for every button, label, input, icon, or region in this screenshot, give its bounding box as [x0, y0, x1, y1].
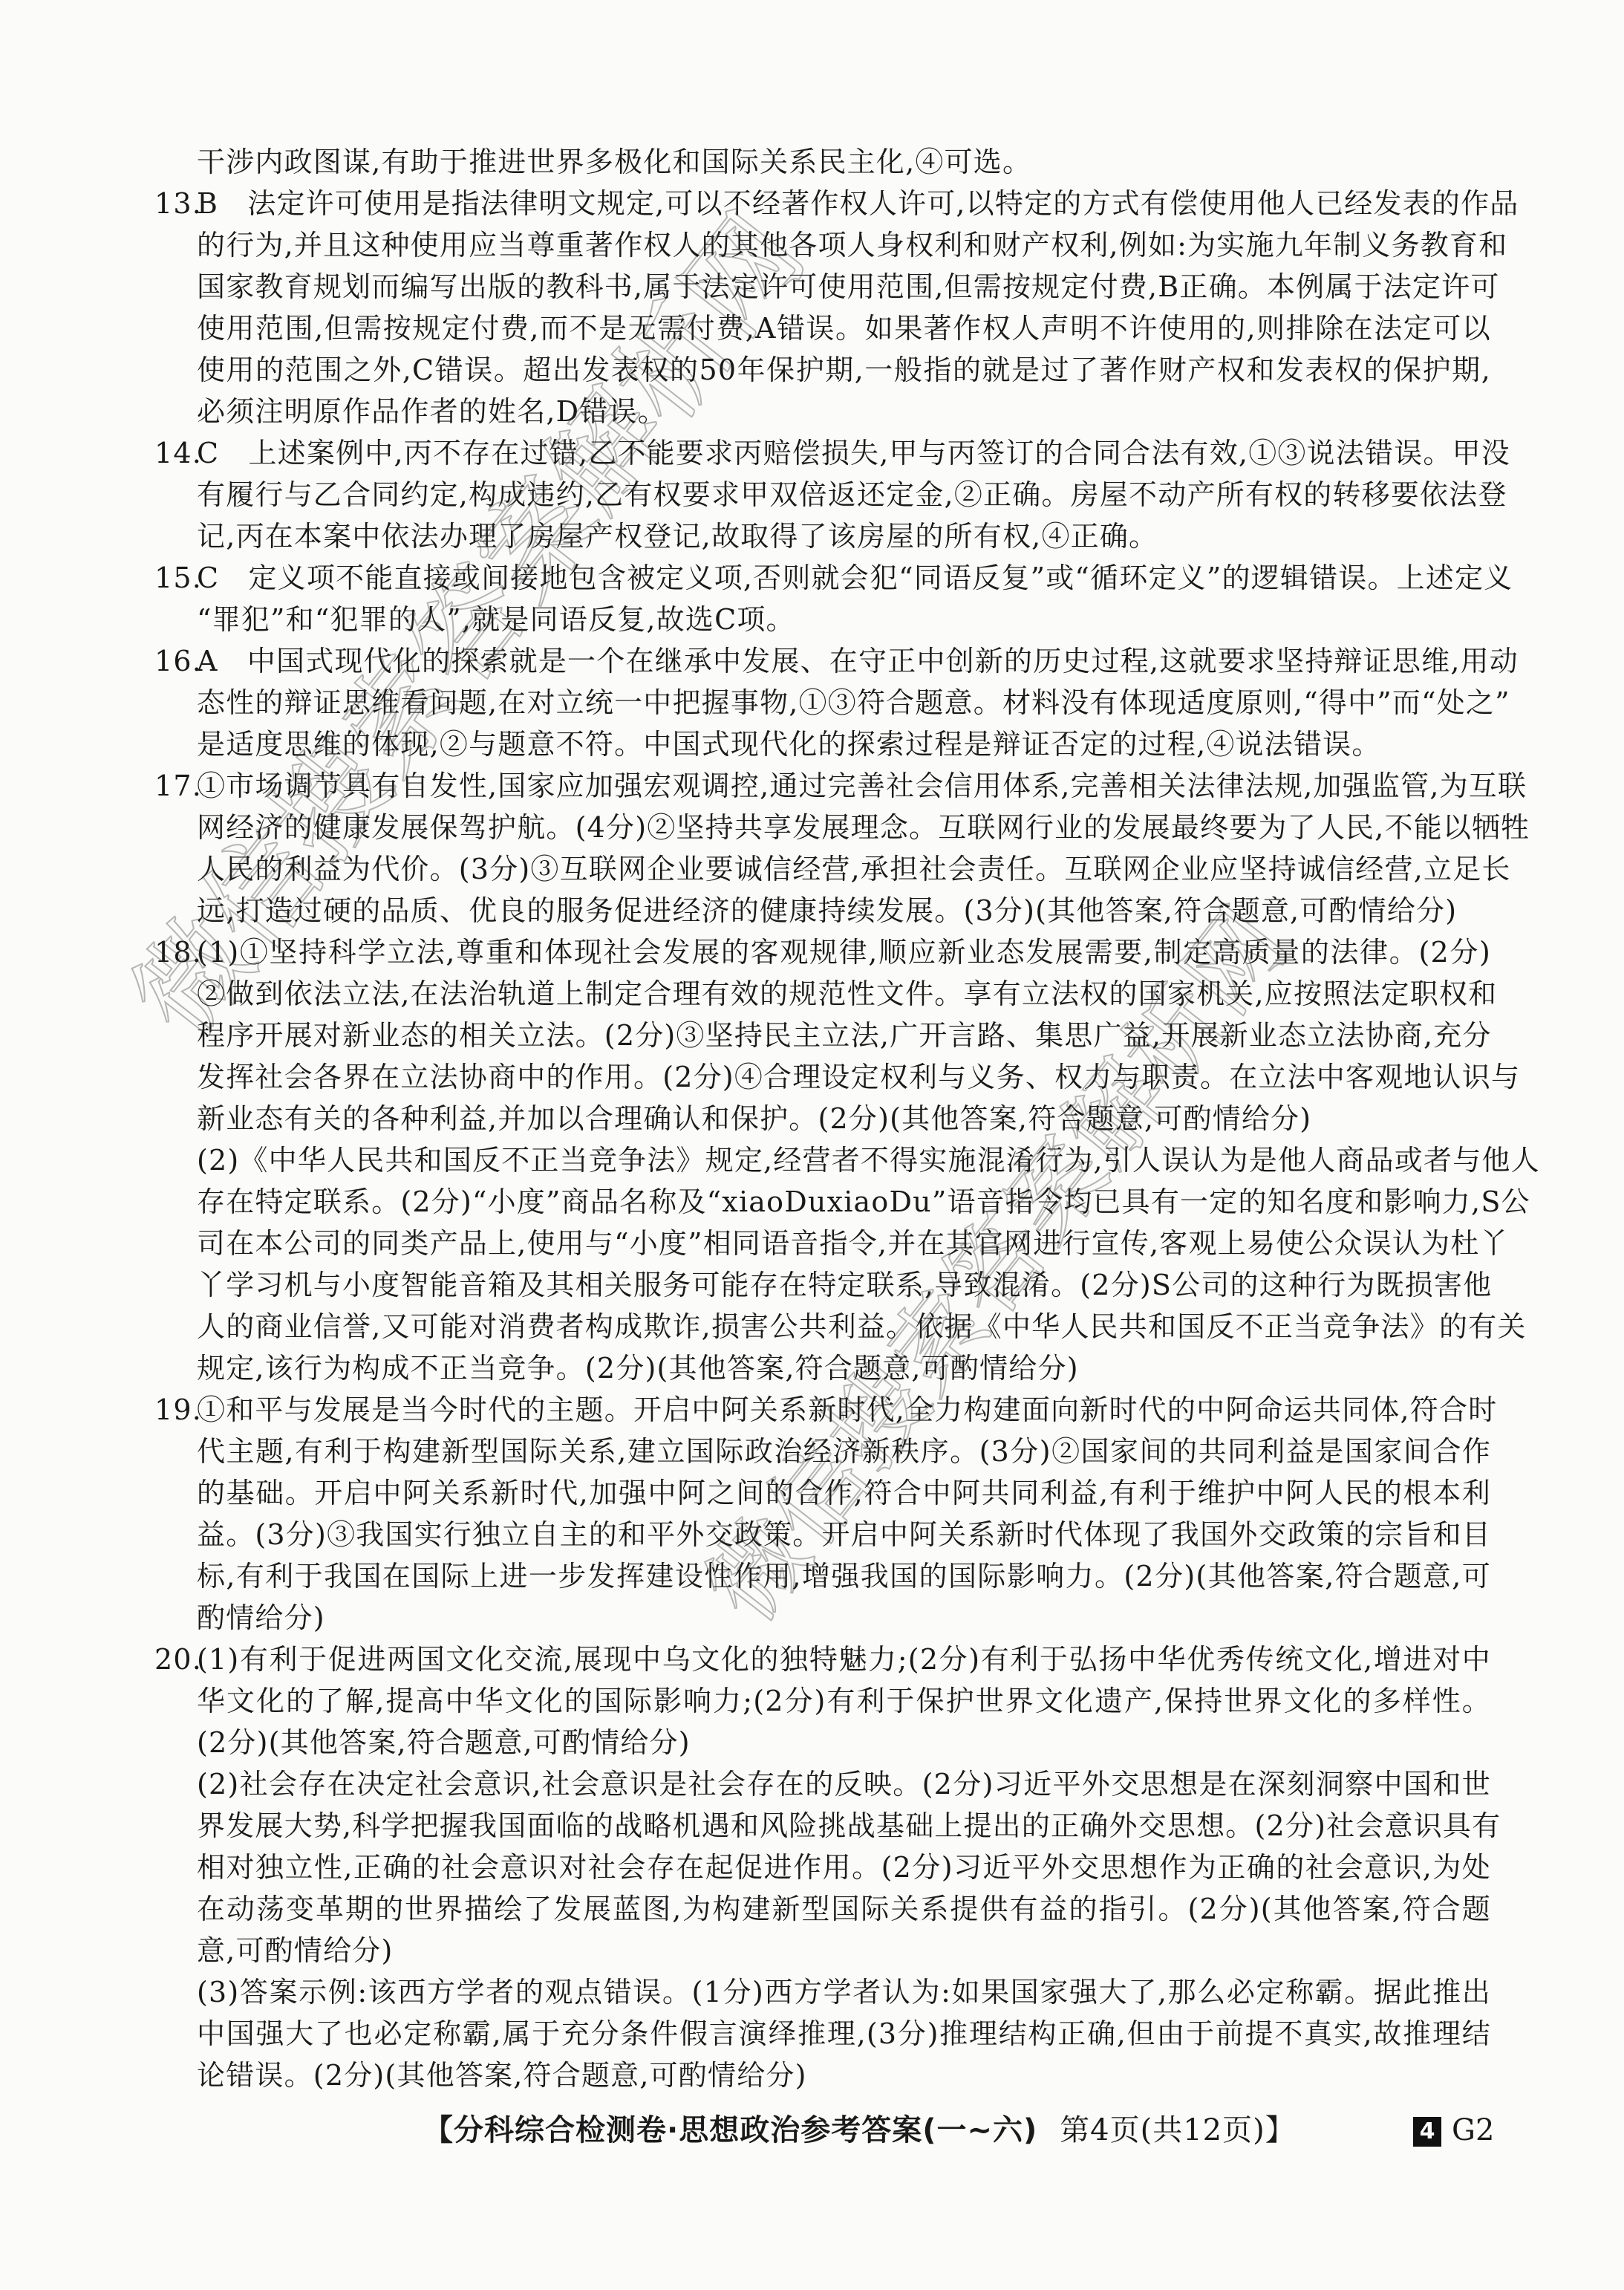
question-number: 18.	[154, 931, 197, 973]
text-line: 程序开展对新业态的相关立法。(2分)③坚持民主立法,广开言路、集思广益,开展新业…	[154, 1015, 1491, 1056]
text-line: 远,打造过硬的品质、优良的服务促进经济的健康持续发展。(3分)(其他答案,符合题…	[154, 890, 1491, 931]
text-line: 论错误。(2分)(其他答案,符合题意,可酌情给分)	[154, 2055, 1491, 2096]
text-line: 使用范围,但需按规定付费,而不是无需付费,A错误。如果著作权人声明不许使用的,则…	[154, 308, 1491, 349]
question-number: 20.	[154, 1639, 197, 1680]
text-line: C 上述案例中,丙不存在过错,乙不能要求丙赔偿损失,甲与丙签订的合同合法有效,①…	[197, 437, 1510, 469]
text-line: 意,可酌情给分)	[154, 1930, 1491, 1971]
question-15: 15.C 定义项不能直接或间接地包含被定义项,否则就会犯“同语反复”或“循环定义…	[154, 557, 1491, 640]
text-line: 的基础。开启中阿关系新时代,加强中阿之间的合作,符合中阿共同利益,有利于维护中阿…	[154, 1472, 1491, 1514]
question-number: 19.	[154, 1389, 197, 1431]
text-line: C 定义项不能直接或间接地包含被定义项,否则就会犯“同语反复”或“循环定义”的逻…	[197, 562, 1513, 594]
text-line: 代主题,有利于构建新型国际关系,建立国际政治经济新秩序。(3分)②国家间的共同利…	[154, 1431, 1491, 1472]
answer-content: 干涉内政图谋,有助于推进世界多极化和国际关系民主化,④可选。 13.B 法定许可…	[154, 141, 1491, 2096]
question-19: 19.①和平与发展是当今时代的主题。开启中阿关系新时代,全力构建面向新时代的中阿…	[154, 1389, 1491, 1639]
text-line: (2)《中华人民共和国反不正当竞争法》规定,经营者不得实施混淆行为,引人误认为是…	[154, 1139, 1491, 1181]
text-line: 新业态有关的各种利益,并加以合理确认和保护。(2分)(其他答案,符合题意,可酌情…	[154, 1098, 1491, 1139]
text-line: 发挥社会各界在立法协商中的作用。(2分)④合理设定权利与义务、权力与职责。在立法…	[154, 1056, 1491, 1098]
text-line: ①市场调节具有自发性,国家应加强宏观调控,通过完善社会信用体系,完善相关法律法规…	[197, 770, 1527, 802]
question-18: 18.(1)①坚持科学立法,尊重和体现社会发展的客观规律,顺应新业态发展需要,制…	[154, 931, 1491, 1389]
text-line: 是适度思维的体现,②与题意不符。中国式现代化的探索过程是辩证否定的过程,④说法错…	[154, 723, 1491, 765]
text-line: 华文化的了解,提高中华文化的国际影响力;(2分)有利于保护世界文化遗产,保持世界…	[154, 1680, 1491, 1722]
text-line: 规定,该行为构成不正当竞争。(2分)(其他答案,符合题意,可酌情给分)	[154, 1347, 1491, 1389]
footer-page-info: 第4页(共12页)】	[1060, 2113, 1296, 2147]
text-line: 记,丙在本案中依法办理了房屋产权登记,故取得了该房屋的所有权,④正确。	[154, 515, 1491, 557]
text-line: “罪犯”和“犯罪的人”,就是同语反复,故选C项。	[154, 599, 1491, 640]
edition-code: G2	[1452, 2110, 1494, 2151]
footer-series-title: 【分科综合检测卷·思想政治参考答案(一~六)	[423, 2113, 1037, 2147]
text-line: 干涉内政图谋,有助于推进世界多极化和国际关系民主化,④可选。	[154, 141, 1491, 183]
text-line: 相对独立性,正确的社会意识对社会存在起促进作用。(2分)习近平外交思想作为正确的…	[154, 1847, 1491, 1888]
footer-title: 【分科综合检测卷·思想政治参考答案(一~六) 第4页(共12页)】	[423, 2110, 1296, 2151]
text-line: 界发展大势,科学把握我国面临的战略机遇和风险挑战基础上提出的正确外交思想。(2分…	[154, 1805, 1491, 1847]
question-number: 14.	[154, 432, 197, 474]
question-number: 17.	[154, 765, 197, 807]
text-line: (2分)(其他答案,符合题意,可酌情给分)	[154, 1722, 1491, 1763]
text-line: ②做到依法立法,在法治轨道上制定合理有效的规范性文件。享有立法权的国家机关,应按…	[154, 973, 1491, 1015]
text-line: 态性的辩证思维看问题,在对立统一中把握事物,①③符合题意。材料没有体现适度原则,…	[154, 682, 1491, 723]
text-line: 人的商业信誉,又可能对消费者构成欺诈,损害公共利益。依据《中华人民共和国反不正当…	[154, 1306, 1491, 1347]
text-line: 人民的利益为代价。(3分)③互联网企业要诚信经营,承担社会责任。互联网企业应坚持…	[154, 848, 1491, 890]
text-line: 使用的范围之外,C错误。超出发表权的50年保护期,一般指的就是过了著作财产权和发…	[154, 349, 1491, 391]
text-line: 中国强大了也必定称霸,属于充分条件假言演绎推理,(3分)推理结构正确,但由于前提…	[154, 2013, 1491, 2055]
text-line: 标,有利于我国在国际上进一步发挥建设性作用,增强我国的国际影响力。(2分)(其他…	[154, 1555, 1491, 1597]
question-17: 17.①市场调节具有自发性,国家应加强宏观调控,通过完善社会信用体系,完善相关法…	[154, 765, 1491, 931]
text-line: 的行为,并且这种使用应当尊重著作权人的其他各项人身权利和财产权利,例如:为实施九…	[154, 224, 1491, 266]
document-page: 干涉内政图谋,有助于推进世界多极化和国际关系民主化,④可选。 13.B 法定许可…	[0, 0, 1624, 2290]
text-line: (1)有利于促进两国文化交流,展现中乌文化的独特魅力;(2分)有利于弘扬中华优秀…	[197, 1643, 1491, 1676]
question-number: 13.	[154, 183, 197, 224]
question-13: 13.B 法定许可使用是指法律明文规定,可以不经著作权人许可,以特定的方式有偿使…	[154, 183, 1491, 432]
text-line: 丫学习机与小度智能音箱及其相关服务可能存在特定联系,导致混淆。(2分)S公司的这…	[154, 1264, 1491, 1306]
text-line: 必须注明原作品作者的姓名,D错误。	[154, 391, 1491, 432]
text-line: B 法定许可使用是指法律明文规定,可以不经著作权人许可,以特定的方式有偿使用他人…	[197, 187, 1519, 220]
text-line: (1)①坚持科学立法,尊重和体现社会发展的客观规律,顺应新业态发展需要,制定高质…	[197, 936, 1491, 969]
text-line: A 中国式现代化的探索就是一个在继承中发展、在守正中创新的历史过程,这就要求坚持…	[197, 645, 1519, 677]
text-line: 国家教育规划而编写出版的教科书,属于法定许可使用范围,但需按规定付费,B正确。本…	[154, 266, 1491, 308]
question-number: 16.	[154, 640, 197, 682]
question-16: 16.A 中国式现代化的探索就是一个在继承中发展、在守正中创新的历史过程,这就要…	[154, 640, 1491, 765]
text-line: (3)答案示例:该西方学者的观点错误。(1分)西方学者认为:如果国家强大了,那么…	[154, 1971, 1491, 2013]
page-number-badge: 4	[1413, 2117, 1441, 2147]
question-14: 14.C 上述案例中,丙不存在过错,乙不能要求丙赔偿损失,甲与丙签订的合同合法有…	[154, 432, 1491, 557]
continuation-paragraph: 干涉内政图谋,有助于推进世界多极化和国际关系民主化,④可选。	[154, 141, 1491, 183]
text-line: 有履行与乙合同约定,构成违约,乙有权要求甲双倍返还定金,②正确。房屋不动产所有权…	[154, 474, 1491, 515]
text-line: (2)社会存在决定社会意识,社会意识是社会存在的反映。(2分)习近平外交思想是在…	[154, 1763, 1491, 1805]
page-footer: 【分科综合检测卷·思想政治参考答案(一~六) 第4页(共12页)】 4 G2	[0, 2110, 1624, 2154]
question-20: 20.(1)有利于促进两国文化交流,展现中乌文化的独特魅力;(2分)有利于弘扬中…	[154, 1639, 1491, 2096]
text-line: 网经济的健康发展保驾护航。(4分)②坚持共享发展理念。互联网行业的发展最终要为了…	[154, 807, 1491, 848]
text-line: 酌情给分)	[154, 1597, 1491, 1639]
text-line: ①和平与发展是当今时代的主题。开启中阿关系新时代,全力构建面向新时代的中阿命运共…	[197, 1393, 1497, 1426]
question-number: 15.	[154, 557, 197, 599]
text-line: 在动荡变革期的世界描绘了发展蓝图,为构建新型国际关系提供有益的指引。(2分)(其…	[154, 1888, 1491, 1930]
text-line: 存在特定联系。(2分)“小度”商品名称及“xiaoDuxiaoDu”语音指令均已…	[154, 1181, 1491, 1223]
text-line: 益。(3分)③我国实行独立自主的和平外交政策。开启中阿关系新时代体现了我国外交政…	[154, 1514, 1491, 1555]
text-line: 司在本公司的同类产品上,使用与“小度”相同语音指令,并在其官网进行宣传,客观上易…	[154, 1223, 1491, 1264]
